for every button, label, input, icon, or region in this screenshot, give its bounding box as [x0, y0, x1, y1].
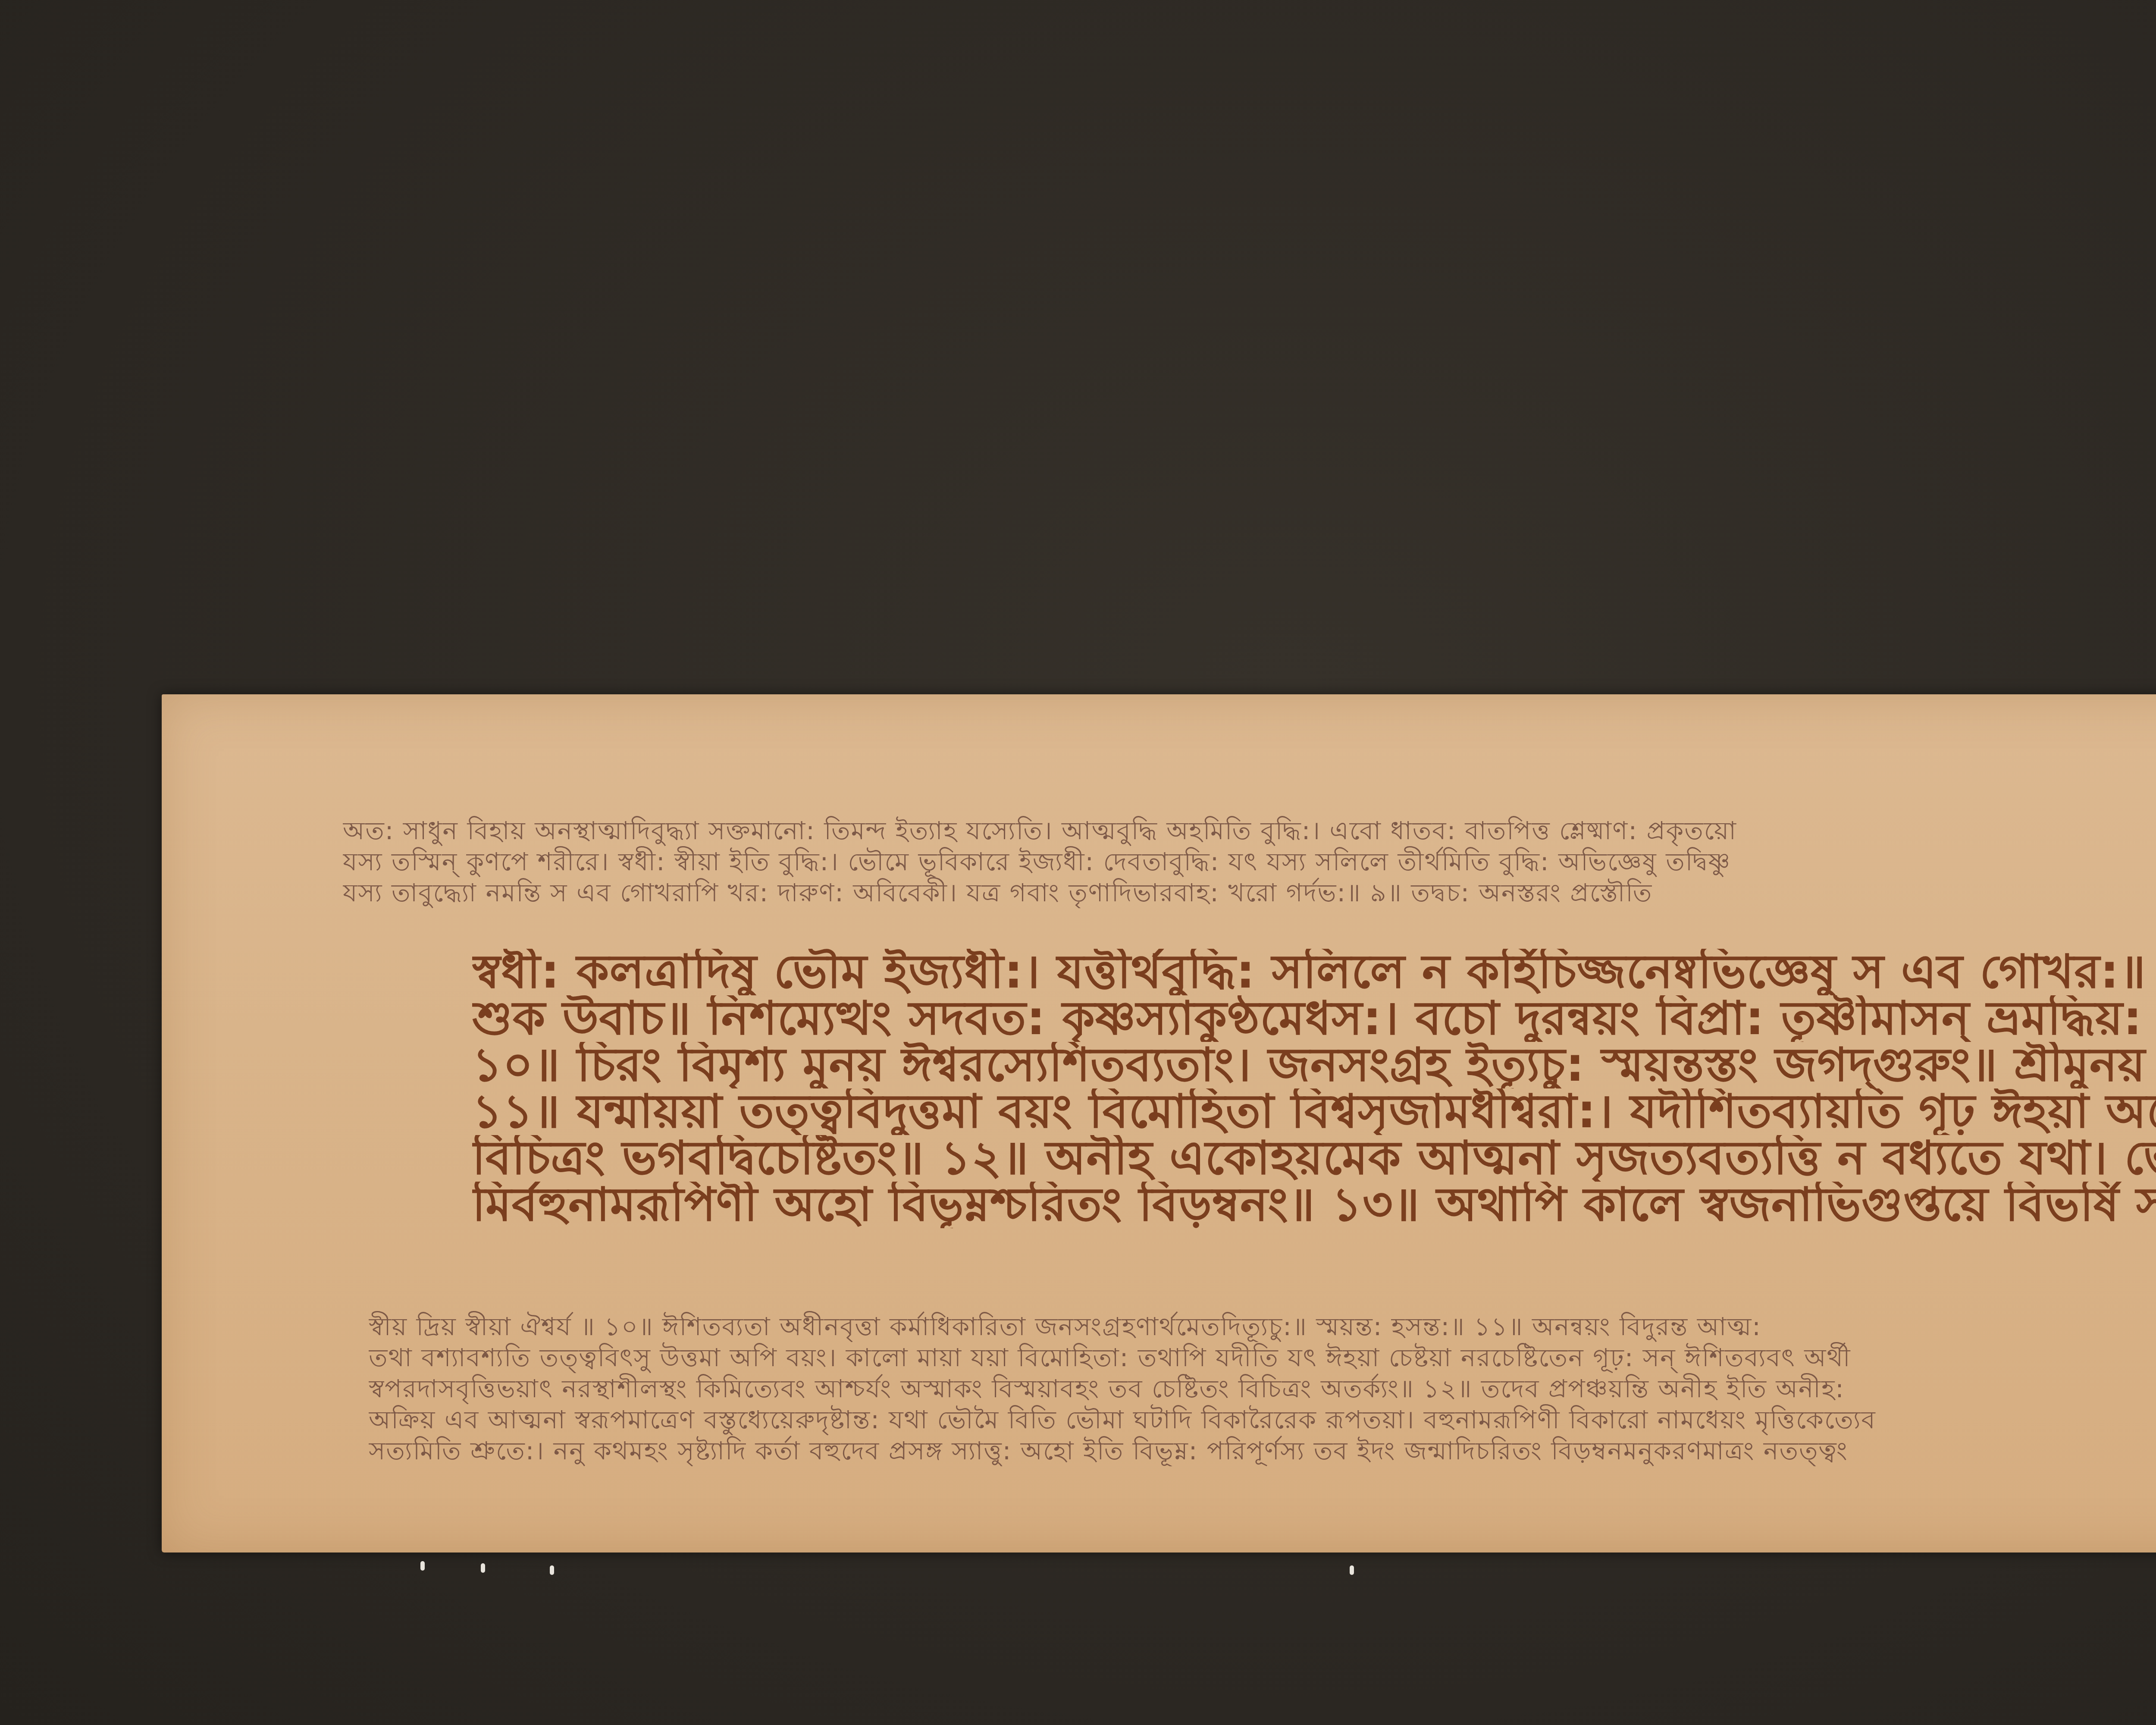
- bottom-commentary: স্বীয় দ্রিয় স্বীয়া ঐশ্বর্য ॥ ১০॥ ঈশিত…: [369, 1311, 2156, 1466]
- commentary-line: স্বীয় দ্রিয় স্বীয়া ঐশ্বর্য ॥ ১০॥ ঈশিত…: [369, 1311, 2156, 1342]
- commentary-line: অত: সাধুন বিহায় অনস্থাত্মাদিবুদ্ধ্যা সক…: [343, 815, 2156, 846]
- top-commentary: অত: সাধুন বিহায় অনস্থাত্মাদিবুদ্ধ্যা সক…: [343, 815, 2156, 908]
- verse-line: ১০॥ চিরং বিমৃশ্য মুনয় ঈশ্বরস্যেশিতব্যতা…: [472, 1042, 2156, 1088]
- manuscript-leaf: অত: সাধুন বিহায় অনস্থাত্মাদিবুদ্ধ্যা সক…: [162, 694, 2156, 1552]
- verse-line: শুক উবাচ॥ নিশম্যেত্থং সদবত: কৃষ্ণস্যাকুণ…: [472, 995, 2156, 1042]
- main-text: স্বধী: কলত্রাদিষু ভৌম ইজ্যধী:। যত্তীর্থব…: [472, 949, 2156, 1228]
- verse-line: ১১॥ যন্মায়য়া তত্ত্ববিদুত্তমা বয়ং বিমো…: [472, 1088, 2156, 1135]
- commentary-line: অক্রিয় এব আত্মনা স্বরূপমাত্রেণ বস্তুধ্য…: [369, 1404, 2156, 1435]
- mounting-pin: [481, 1563, 485, 1573]
- commentary-line: সত্যমিতি শ্রুতে:। ননু কথমহং সৃষ্ট্যাদি ক…: [369, 1435, 2156, 1466]
- commentary-line: স্বপরদাসবৃত্তিভয়াৎ নরস্থাশীলস্থং কিমিত্…: [369, 1373, 2156, 1404]
- mounting-pin: [420, 1561, 425, 1571]
- commentary-line: যস্য তস্মিন্ কুণপে শরীরে। স্বধী: স্বীয়া…: [343, 846, 2156, 877]
- verse-line: বিচিত্রং ভগবদ্বিচেষ্টিতং॥ ১২॥ অনীহ একোহয…: [472, 1135, 2156, 1182]
- commentary-line: যস্য তাবুদ্ধ্যো নমন্তি স এব গোখরাপি খর: …: [343, 877, 2156, 908]
- mounting-pin: [550, 1565, 554, 1575]
- commentary-line: তথা বশ্যাবশ্যতি তত্ত্ববিৎসু উত্তমা অপি ব…: [369, 1342, 2156, 1373]
- mounting-pin: [1350, 1565, 1354, 1575]
- verse-line: মির্বহুনামরূপিণী অহো বিভূম্নশ্চরিতং বিড়…: [472, 1182, 2156, 1228]
- verse-line: স্বধী: কলত্রাদিষু ভৌম ইজ্যধী:। যত্তীর্থব…: [472, 949, 2156, 995]
